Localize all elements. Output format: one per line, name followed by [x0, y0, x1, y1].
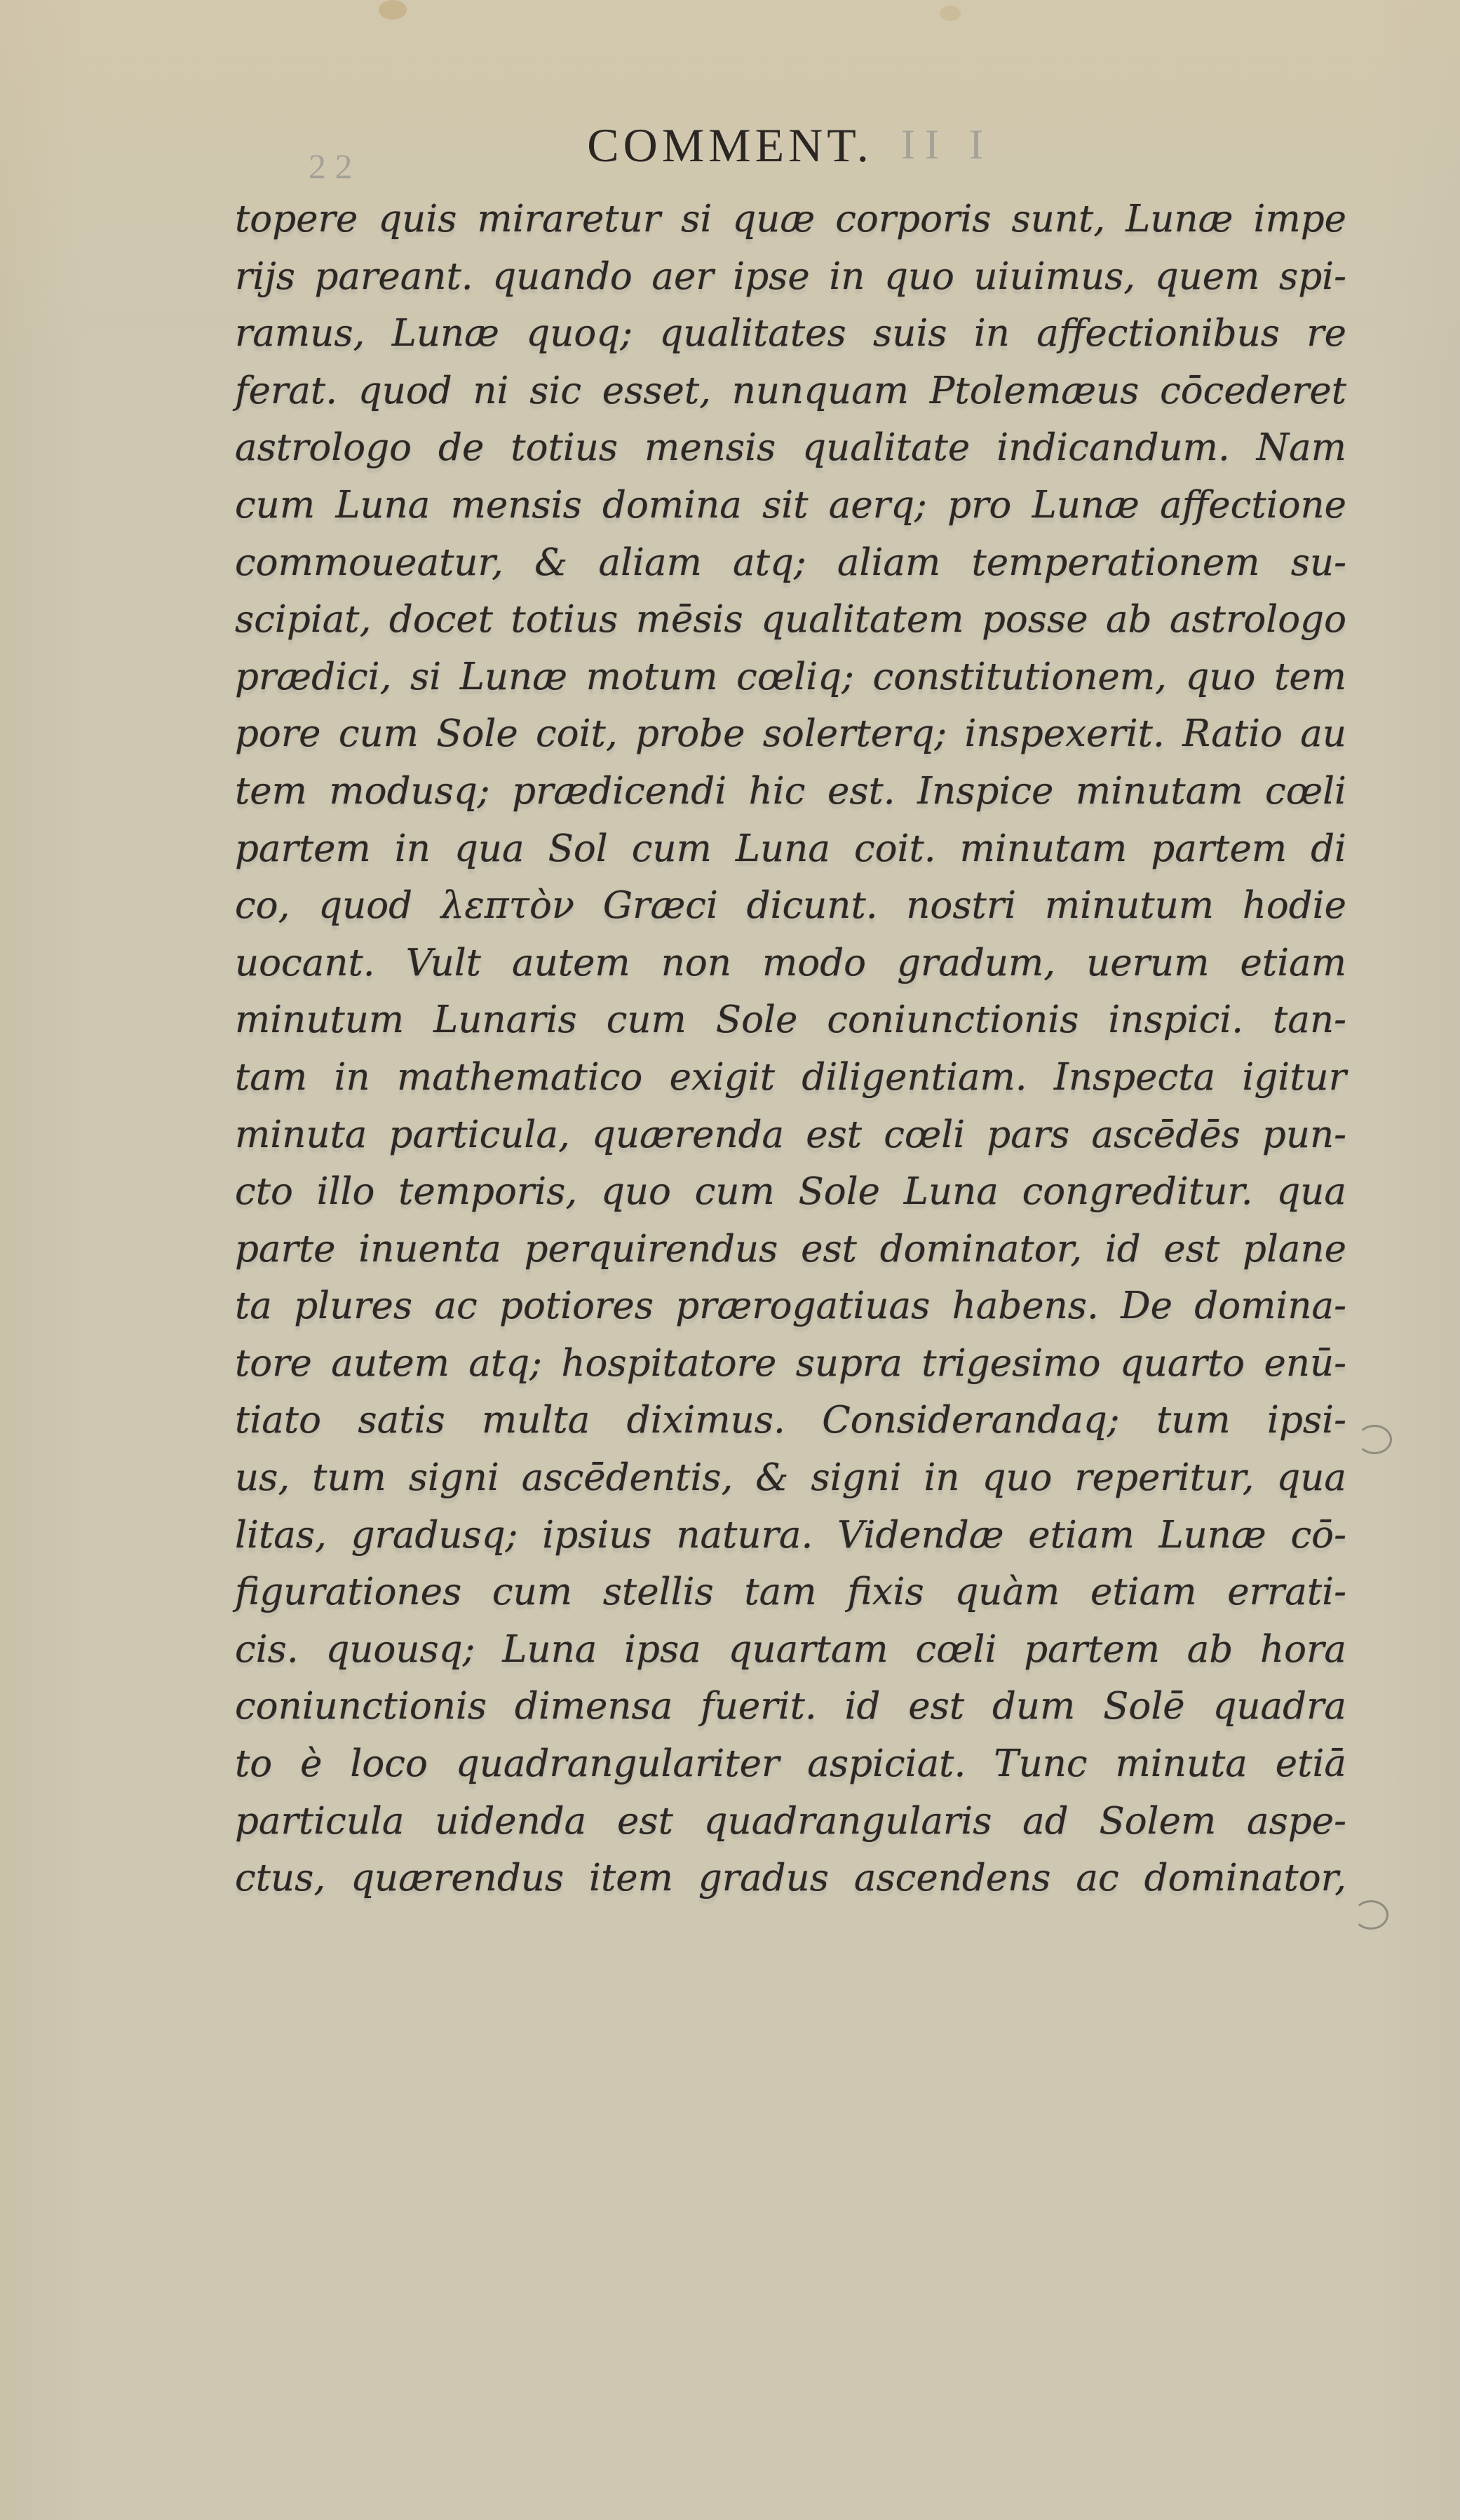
text-line: us, tum signi ascēdentis, & signi in quo…	[235, 1449, 1346, 1507]
text-line: rijs pareant. quando aer ipse in quo uiu…	[235, 248, 1346, 306]
text-line: figurationes cum stellis tam fixis quàm …	[235, 1564, 1346, 1621]
text-line: cis. quousq; Luna ipsa quartam cœli part…	[235, 1621, 1346, 1679]
text-line: co, quod λεπτὸν Græci dicunt. nostri min…	[235, 877, 1346, 935]
book-page: 2 2 COMMENT. II I topere quis miraretur …	[0, 0, 1460, 2520]
text-line: cum Luna mensis domina sit aerq; pro Lun…	[235, 477, 1346, 534]
text-line: ta plures ac potiores prærogatiuas haben…	[235, 1278, 1346, 1335]
paper-stain	[379, 0, 407, 20]
text-line: particula uidenda est quadrangularis ad …	[235, 1793, 1346, 1850]
text-line: ramus, Lunæ quoq; qualitates suis in aff…	[235, 305, 1346, 363]
text-line: litas, gradusq; ipsius natura. Videndæ e…	[235, 1507, 1346, 1564]
text-line: scipiat, docet totius mēsis qualitatem p…	[235, 591, 1346, 649]
paper-stain	[940, 6, 961, 21]
running-head-text: COMMENT.	[587, 118, 873, 172]
running-head: COMMENT. II I	[0, 118, 1460, 173]
text-line: minuta particula, quærenda est cœli pars…	[235, 1106, 1346, 1164]
text-line: minutum Lunaris cum Sole coniunctionis i…	[235, 991, 1346, 1049]
text-line: topere quis miraretur si quæ corporis su…	[235, 191, 1346, 248]
text-line: coniunctionis dimensa fuerit. id est dum…	[235, 1678, 1346, 1735]
text-line: astrologo de totius mensis qualitate ind…	[235, 419, 1346, 477]
text-line: tiato satis multa diximus. Considerandaq…	[235, 1392, 1346, 1449]
body-text: topere quis miraretur si quæ corporis su…	[235, 191, 1346, 1907]
text-line: to è loco quadrangulariter aspiciat. Tun…	[235, 1735, 1346, 1793]
text-line: tore autem atq; hospitatore supra triges…	[235, 1335, 1346, 1393]
marginal-bracket-mark	[1357, 1425, 1392, 1454]
text-line: tem modusq; prædicendi hic est. Inspice …	[235, 763, 1346, 820]
text-line: tam in mathematico exigit diligentiam. I…	[235, 1049, 1346, 1106]
text-line: ferat. quod ni sic esset, nunquam Ptolem…	[235, 363, 1346, 420]
text-line: parte inuenta perquirendus est dominator…	[235, 1221, 1346, 1278]
marginal-bracket-mark	[1353, 1900, 1388, 1930]
text-line: pore cum Sole coit, probe solerterq; ins…	[235, 705, 1346, 763]
text-line: commoueatur, & aliam atq; aliam temperat…	[235, 534, 1346, 592]
show-through-text: II I	[901, 121, 993, 169]
text-line: cto illo temporis, quo cum Sole Luna con…	[235, 1163, 1346, 1221]
text-line: uocant. Vult autem non modo gradum, ueru…	[235, 935, 1346, 992]
text-line: partem in qua Sol cum Luna coit. minutam…	[235, 820, 1346, 878]
text-line: ctus, quærendus item gradus ascendens ac…	[235, 1850, 1346, 1907]
text-line: prædici, si Lunæ motum cœliq; constituti…	[235, 649, 1346, 706]
